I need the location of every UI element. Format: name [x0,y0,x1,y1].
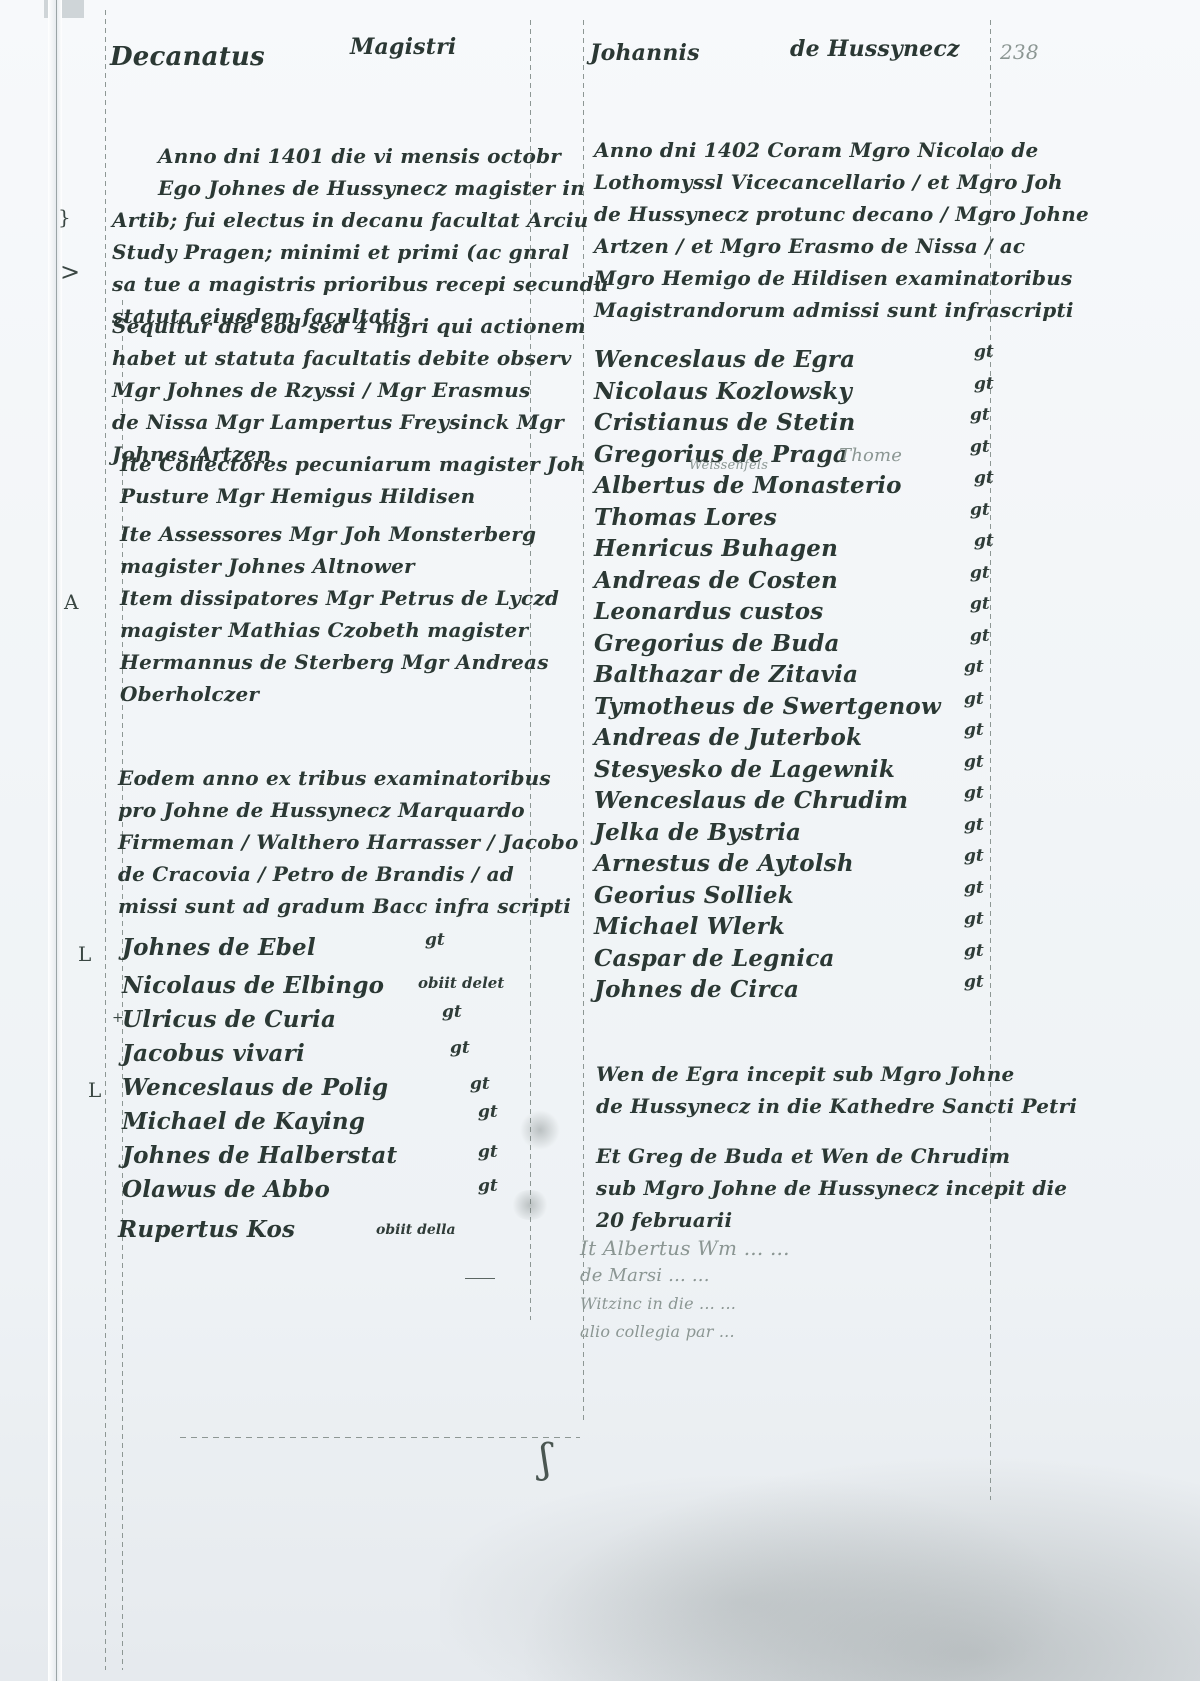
master-grade: gt [970,594,990,614]
text-line: Anno dni 1402 Coram Mgro Nicolao de [594,134,1089,166]
text-line: habet ut statuta facultatis debite obser… [112,342,586,374]
bachelor-name: Jacobus vivari [122,1040,305,1067]
text-line: sub Mgro Johne de Hussynecz incepit die [596,1172,1067,1204]
margin-arrow-mark: > [60,258,80,286]
master-name: Arnestus de Aytolsh [594,850,854,877]
text-line: Sequitur die eod sed 4 mgri qui actionem [112,310,586,342]
bachelor-name: Michael de Kaying [122,1108,365,1135]
text-line: Firmeman / Walthero Harrasser / Jacobo [118,826,579,858]
left-eodem-paragraph: Eodem anno ex tribus examinatoribus pro … [118,762,579,922]
left-dissipatores-paragraph: Item dissipatores Mgr Petrus de Lyczd ma… [120,582,559,710]
bachelor-name: Olawus de Abbo [122,1176,330,1203]
right-note-3-faint: It Albertus Wm ... ... de Marsi ... ... … [580,1234,790,1346]
bachelor-grade: obiit della [376,1222,456,1238]
text-line: de Nissa Mgr Lampertus Freysinck Mgr [112,406,586,438]
text-line: Oberholczer [120,678,559,710]
text-line: Anno dni 1401 die vi mensis octobr [158,140,655,172]
bachelor-name: Rupertus Kos [118,1216,295,1243]
master-name: Thomas Lores [594,504,777,531]
master-grade: gt [974,531,994,551]
bachelor-grade: gt [442,1002,462,1022]
scan-noise [440,1420,1200,1681]
text-line: Hermannus de Sterberg Mgr Andreas [120,646,559,678]
master-grade: gt [974,342,994,362]
text-line: de Marsi ... ... [580,1262,790,1290]
left-intro-paragraph: Anno dni 1401 die vi mensis octobr Ego J… [112,140,609,332]
text-line: Magistrandorum admissi sunt infrascripti [594,294,1089,326]
margin-rule-left [105,10,106,1670]
master-grade: gt [970,626,990,646]
margin-bracket-mark: L [88,1078,101,1102]
bachelor-grade: gt [478,1142,498,1162]
text-line: Et Greg de Buda et Wen de Chrudim [596,1140,1067,1172]
text-line: Wen de Egra incepit sub Mgro Johne [596,1058,1077,1090]
text-line: alio collegia par ... [580,1318,790,1346]
text-line: missi sunt ad gradum Bacc infra scripti [118,890,579,922]
master-grade: gt [970,437,990,457]
master-name: Balthazar de Zitavia [594,661,858,688]
master-name: Wenceslaus de Egra [594,346,855,373]
margin-hook-mark: ʃ [540,1436,551,1482]
text-line: sa tue a magistris prioribus recepi secu… [112,268,609,300]
master-name: Georius Solliek [594,882,794,909]
text-line: de Hussynecz in die Kathedre Sancti Petr… [596,1090,1077,1122]
bachelor-grade: obiit delet [418,974,504,992]
folio-number: 238 [1000,40,1039,64]
master-grade: gt [970,405,990,425]
text-line: Mgr Johnes de Rzyssi / Mgr Erasmus [112,374,586,406]
text-line: Artib; fui electus in decanu facultat Ar… [112,204,609,236]
master-name: Leonardus custos [594,598,823,625]
master-name: Gregorius de Buda [594,630,840,657]
master-grade: gt [964,941,984,961]
master-name: Stesyesko de Lagewnik [594,756,895,783]
bottom-rule [180,1437,580,1438]
master-grade: gt [964,878,984,898]
ink-smudge [510,1190,550,1220]
text-line: magister Mathias Czobeth magister [120,614,559,646]
ink-smudge [520,1110,560,1150]
text-line: Study Pragen; minimi et primi (ac gnral [112,236,609,268]
master-grade: gt [964,752,984,772]
master-name: Wenceslaus de Chrudim [594,787,908,814]
master-grade: gt [964,815,984,835]
master-grade: gt [974,374,994,394]
master-grade: gt [964,720,984,740]
marginal-note: Thome [839,445,902,466]
left-collectors-paragraph: Ite Collectores pecuniarum magister Joh … [120,448,585,512]
master-name: Andreas de Juterbok [594,724,862,751]
master-grade: gt [964,689,984,709]
right-intro-paragraph: Anno dni 1402 Coram Mgro Nicolao de Loth… [594,134,1089,326]
text-line: Pusture Mgr Hemigus Hildisen [120,480,585,512]
master-grade: gt [964,909,984,929]
header-word-johannis: Johannis [590,40,700,66]
text-line: Eodem anno ex tribus examinatoribus [118,762,579,794]
header-word-magistri: Magistri [350,34,456,60]
master-name: Cristianus de Stetin [594,409,855,436]
margin-a-mark: A [64,590,78,614]
left-assessors-paragraph: Ite Assessores Mgr Joh Monsterberg magis… [120,518,536,582]
marginal-note: Weissenfels [689,458,768,473]
master-grade: gt [964,657,984,677]
master-grade: gt [964,972,984,992]
master-name: Nicolaus Kozlowsky [594,378,852,405]
right-note-2: Et Greg de Buda et Wen de Chrudim sub Mg… [596,1140,1067,1236]
header-word-hussynecz: de Hussynecz [790,36,960,62]
bachelor-name: Johnes de Halberstat [122,1142,397,1169]
master-name: Albertus de Monasterio [594,472,902,499]
text-line: de Cracovia / Petro de Brandis / ad [118,858,579,890]
bachelor-name: Ulricus de Curia [122,1006,336,1033]
master-name: Andreas de Costen [594,567,838,594]
master-name: Caspar de Legnica [594,945,835,972]
bachelor-name: Nicolaus de Elbingo [122,972,384,999]
master-name: Johnes de Circa [594,976,799,1003]
text-line: Ite Assessores Mgr Joh Monsterberg [120,518,536,550]
master-name: Tymotheus de Swertgenow [594,693,941,720]
margin-bracket-mark: } [58,205,71,229]
text-line: It Albertus Wm ... ... [580,1234,790,1262]
master-grade: gt [970,563,990,583]
bachelor-name: Johnes de Ebel [122,934,316,961]
bachelor-grade: gt [478,1102,498,1122]
master-name: Jelka de Bystria [594,819,801,846]
binding-line [56,0,57,1681]
text-line: Ego Johnes de Hussynecz magister in [158,172,655,204]
binding-edge [48,0,62,1681]
text-line: Lothomyssl Vicecancellario / et Mgro Joh [594,166,1089,198]
master-grade: gt [970,500,990,520]
master-name: Henricus Buhagen [594,535,838,562]
right-note-1: Wen de Egra incepit sub Mgro Johne de Hu… [596,1058,1077,1122]
header-word-decanatus: Decanatus [110,42,265,72]
text-line: magister Johnes Altnower [120,550,536,582]
text-line: Artzen / et Mgro Erasmo de Nissa / ac [594,230,1089,262]
text-line: de Hussynecz protunc decano / Mgro Johne [594,198,1089,230]
master-name: Michael Wlerk [594,913,785,940]
text-line: Witzinc in die ... ... [580,1290,790,1318]
left-officers-paragraph: Sequitur die eod sed 4 mgri qui actionem… [112,310,586,470]
margin-bracket-mark: L [78,942,91,966]
bachelor-grade: gt [450,1038,470,1058]
manuscript-page: Decanatus Magistri Johannis de Hussynecz… [0,0,1200,1681]
master-grade: gt [974,468,994,488]
bachelor-grade: gt [425,930,445,950]
bachelor-grade: gt [470,1074,490,1094]
stray-stroke [465,1278,495,1279]
master-grade: gt [964,846,984,866]
text-line: Ite Collectores pecuniarum magister Joh [120,448,585,480]
bachelor-grade: gt [478,1176,498,1196]
text-line: Mgro Hemigo de Hildisen examinatoribus [594,262,1089,294]
bachelor-name: Wenceslaus de Polig [122,1074,388,1101]
text-line: pro Johne de Hussynecz Marquardo [118,794,579,826]
master-grade: gt [964,783,984,803]
text-line: 20 februarii [596,1204,1067,1236]
text-line: Item dissipatores Mgr Petrus de Lyczd [120,582,559,614]
